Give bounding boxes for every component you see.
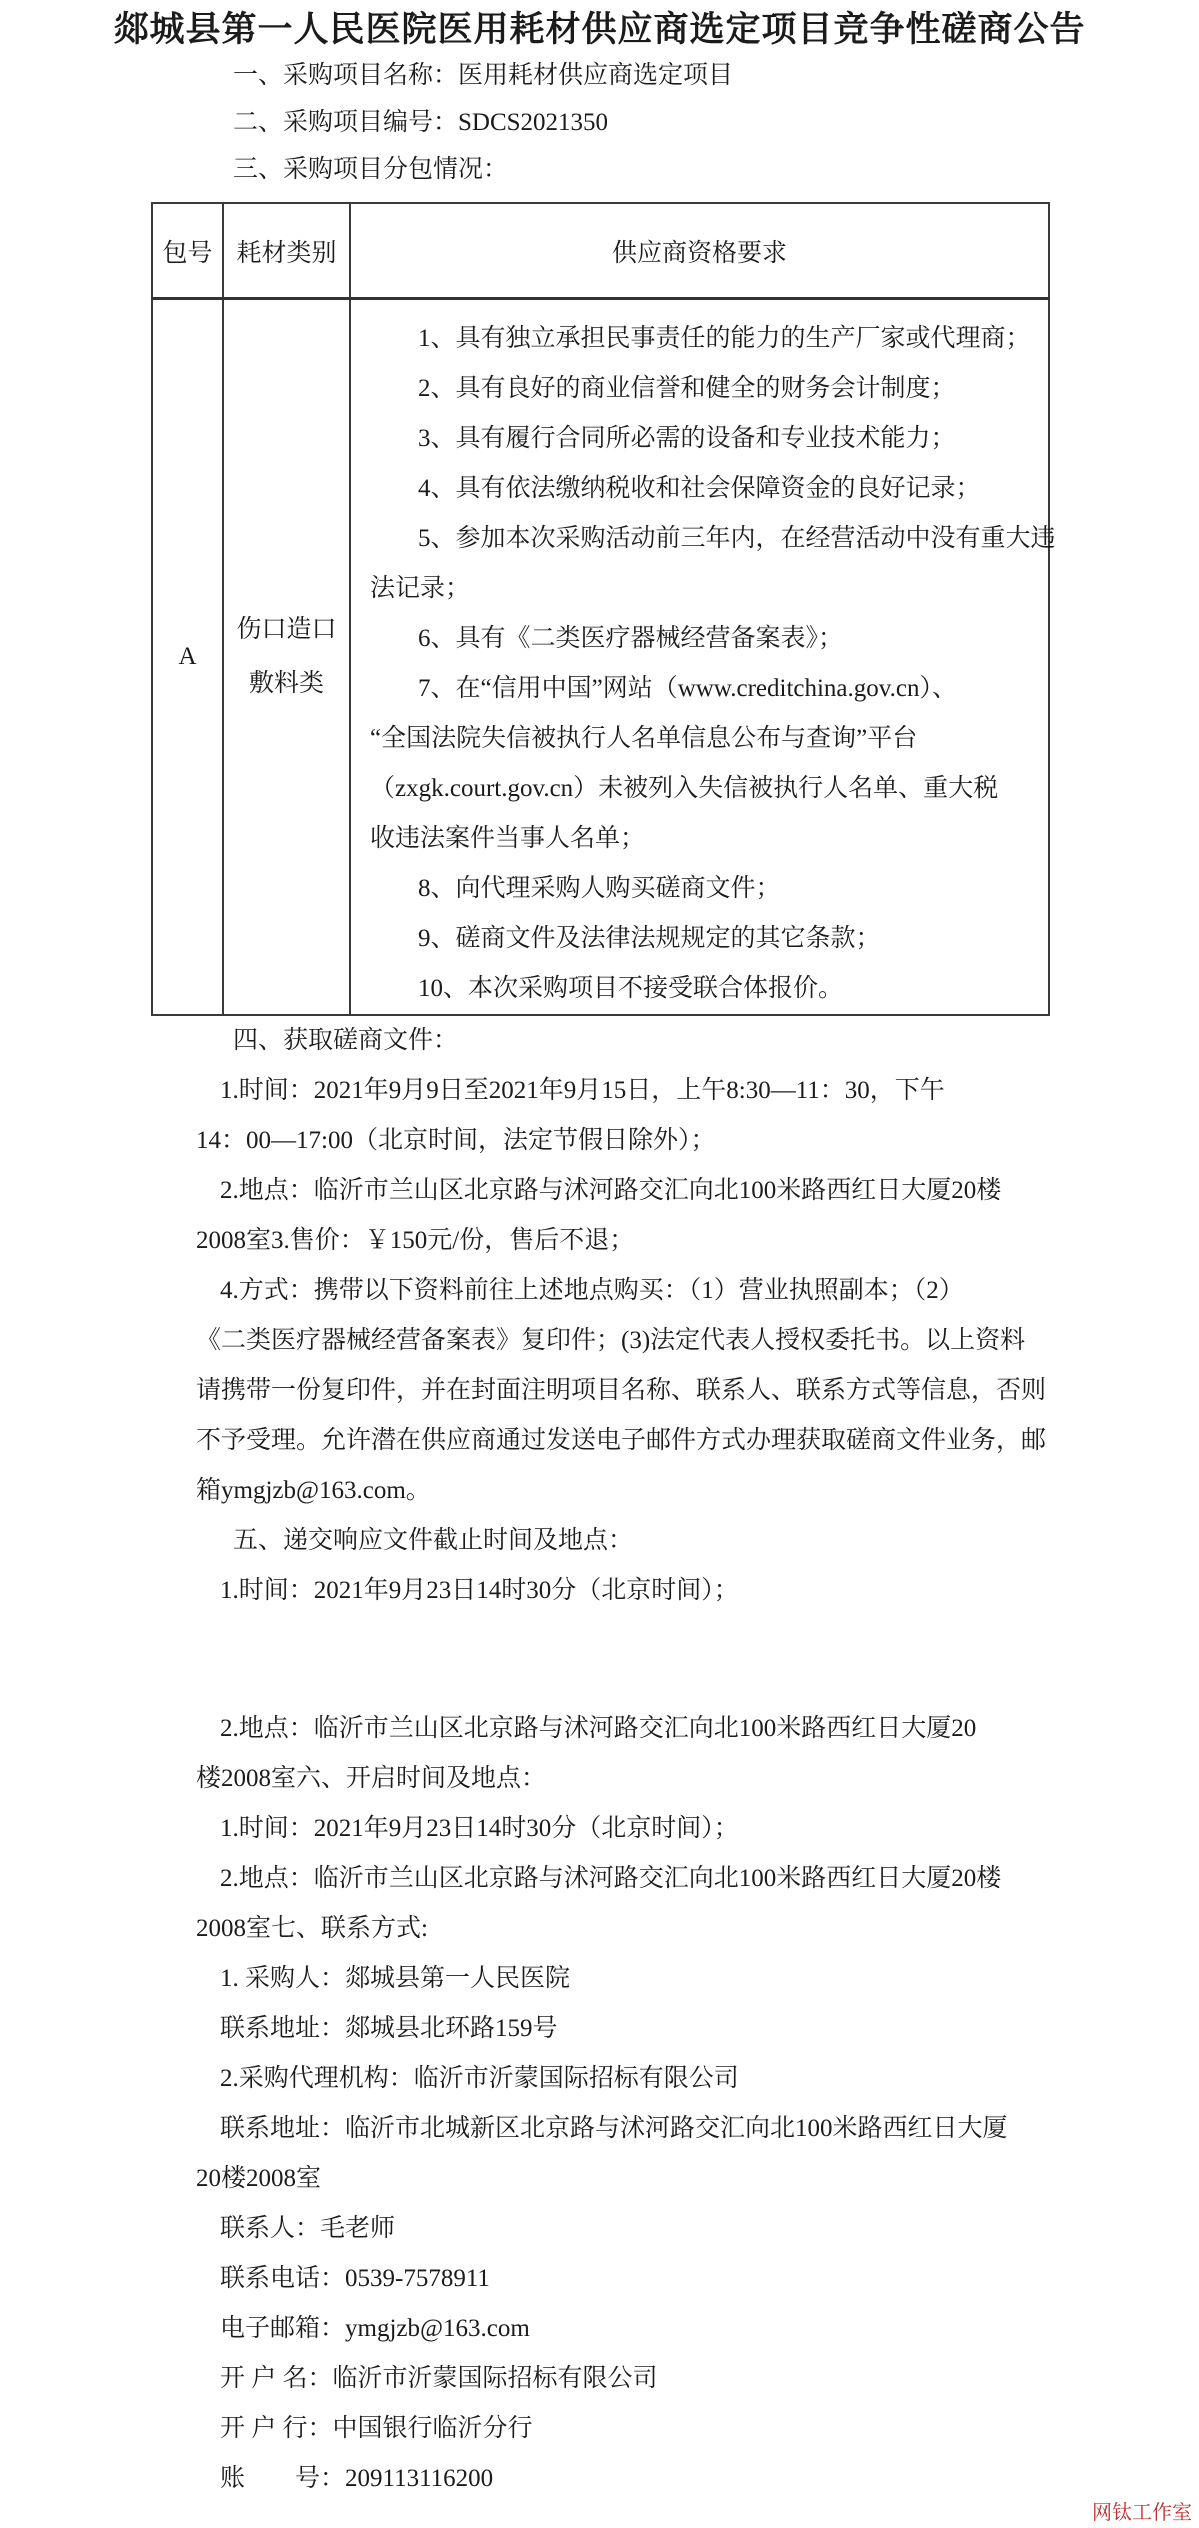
package-table: 包号 耗材类别 供应商资格要求 A 伤口造口 敷料类 1、具有独立承担民事责任的… <box>151 202 1050 1016</box>
section-heading-submission-deadline: 五、递交响应文件截止时间及地点： <box>233 1516 1199 1566</box>
requirement-line: 4、具有依法缴纳税收和社会保障资金的良好记录； <box>370 464 1040 514</box>
requirement-line: 9、磋商文件及法律法规规定的其它条款； <box>370 914 1040 964</box>
table-header-qualifications: 供应商资格要求 <box>350 203 1049 299</box>
category-line: 伤口造口 <box>225 603 348 657</box>
intro-line-project-name: 一、采购项目名称：医用耗材供应商选定项目 <box>233 52 1199 99</box>
document-line-purchaser-address: 联系地址：郯城县北环路159号 <box>220 2004 1199 2054</box>
requirement-line: “全国法院失信被执行人名单信息公布与查询”平台 <box>370 714 1040 764</box>
document-line-account-name: 开 户 名：临沂市沂蒙国际招标有限公司 <box>220 2354 1199 2404</box>
requirement-line: 收违法案件当事人名单； <box>370 814 1040 864</box>
document-line: 20楼2008室 <box>196 2154 1199 2204</box>
document-line: 箱ymgjzb@163.com。 <box>196 1466 1199 1516</box>
document-line: 2.地点：临沂市兰山区北京路与沭河路交汇向北100米路西红日大厦20楼 <box>220 1854 1199 1904</box>
requirement-line: （zxgk.court.gov.cn）未被列入失信被执行人名单、重大税 <box>370 764 1040 814</box>
document-line: 2008室七、联系方式: <box>196 1904 1199 1954</box>
document-line: 14：00—17:00（北京时间，法定节假日除外）； <box>196 1116 1199 1166</box>
page-title: 郯城县第一人民医院医用耗材供应商选定项目竞争性磋商公告 <box>0 8 1199 52</box>
requirement-line: 6、具有《二类医疗器械经营备案表》； <box>370 614 1040 664</box>
qualifications-cell: 1、具有独立承担民事责任的能力的生产厂家或代理商； 2、具有良好的商业信誉和健全… <box>350 299 1049 1016</box>
document-line: 不予受理。允许潜在供应商通过发送电子邮件方式办理获取磋商文件业务，邮 <box>196 1416 1199 1466</box>
requirement-line: 法记录； <box>370 564 1040 614</box>
document-line-agency-address: 联系地址：临沂市北城新区北京路与沭河路交汇向北100米路西红日大厦 <box>220 2104 1199 2154</box>
requirement-line: 10、本次采购项目不接受联合体报价。 <box>370 964 1040 1014</box>
document-line-account-number: 账 号：209113116200 <box>220 2454 1199 2504</box>
document-line: 楼2008室六、开启时间及地点： <box>196 1754 1199 1804</box>
document-line-contact-person: 联系人：毛老师 <box>220 2204 1199 2254</box>
watermark: 网钛工作室 <box>1092 2503 1192 2523</box>
document-line-email: 电子邮箱：ymgjzb@163.com <box>220 2304 1199 2354</box>
table-header-row: 包号 耗材类别 供应商资格要求 <box>152 203 1049 299</box>
document-line: 2.地点：临沂市兰山区北京路与沭河路交汇向北100米路西红日大厦20楼 <box>220 1166 1199 1216</box>
intro-section: 一、采购项目名称：医用耗材供应商选定项目 二、采购项目编号：SDCS202135… <box>0 52 1199 193</box>
document-line: 4.方式：携带以下资料前往上述地点购买：（1）营业执照副本；（2） <box>220 1266 1199 1316</box>
requirement-line: 3、具有履行合同所必需的设备和专业技术能力； <box>370 414 1040 464</box>
document-page: 郯城县第一人民医院医用耗材供应商选定项目竞争性磋商公告 一、采购项目名称：医用耗… <box>0 0 1199 2528</box>
requirement-line: 1、具有独立承担民事责任的能力的生产厂家或代理商； <box>370 314 1040 364</box>
document-line-agency: 2.采购代理机构：临沂市沂蒙国际招标有限公司 <box>220 2054 1199 2104</box>
category-cell: 伤口造口 敷料类 <box>223 299 350 1016</box>
table-header-category: 耗材类别 <box>223 203 350 299</box>
intro-line-project-number: 二、采购项目编号：SDCS2021350 <box>233 99 1199 146</box>
requirement-line: 5、参加本次采购活动前三年内，在经营活动中没有重大违 <box>370 514 1040 564</box>
table-row: A 伤口造口 敷料类 1、具有独立承担民事责任的能力的生产厂家或代理商； 2、具… <box>152 299 1049 1016</box>
document-line: 2.地点：临沂市兰山区北京路与沭河路交汇向北100米路西红日大厦20 <box>220 1704 1199 1754</box>
document-line-bank: 开 户 行：中国银行临沂分行 <box>220 2404 1199 2454</box>
requirement-line: 2、具有良好的商业信誉和健全的财务会计制度； <box>370 364 1040 414</box>
requirement-line: 7、在“信用中国”网站（www.creditchina.gov.cn）、 <box>370 664 1040 714</box>
document-line: 1.时间：2021年9月23日14时30分（北京时间）； <box>220 1804 1199 1854</box>
package-no-cell: A <box>152 299 223 1016</box>
table-header-package-no: 包号 <box>152 203 223 299</box>
category-line: 敷料类 <box>225 657 348 711</box>
section-heading-obtain-documents: 四、获取磋商文件： <box>233 1016 1199 1066</box>
requirement-line: 8、向代理采购人购买磋商文件； <box>370 864 1040 914</box>
document-line: 2008室3.售价：￥150元/份，售后不退； <box>196 1216 1199 1266</box>
document-line: 1.时间：2021年9月9日至2021年9月15日，上午8:30—11：30，下… <box>220 1066 1199 1116</box>
document-line: 1.时间：2021年9月23日14时30分（北京时间）； <box>220 1566 1199 1616</box>
body-text-section: 四、获取磋商文件： 1.时间：2021年9月9日至2021年9月15日，上午8:… <box>0 1016 1199 2504</box>
page-break-gap <box>0 1616 1199 1704</box>
document-line: 《二类医疗器械经营备案表》复印件；(3)法定代表人授权委托书。以上资料 <box>196 1316 1199 1366</box>
document-line: 请携带一份复印件，并在封面注明项目名称、联系人、联系方式等信息，否则 <box>196 1366 1199 1416</box>
document-line-contact-phone: 联系电话：0539-7578911 <box>220 2254 1199 2304</box>
intro-line-packages: 三、采购项目分包情况： <box>233 146 1199 193</box>
document-line-purchaser: 1. 采购人：郯城县第一人民医院 <box>220 1954 1199 2004</box>
